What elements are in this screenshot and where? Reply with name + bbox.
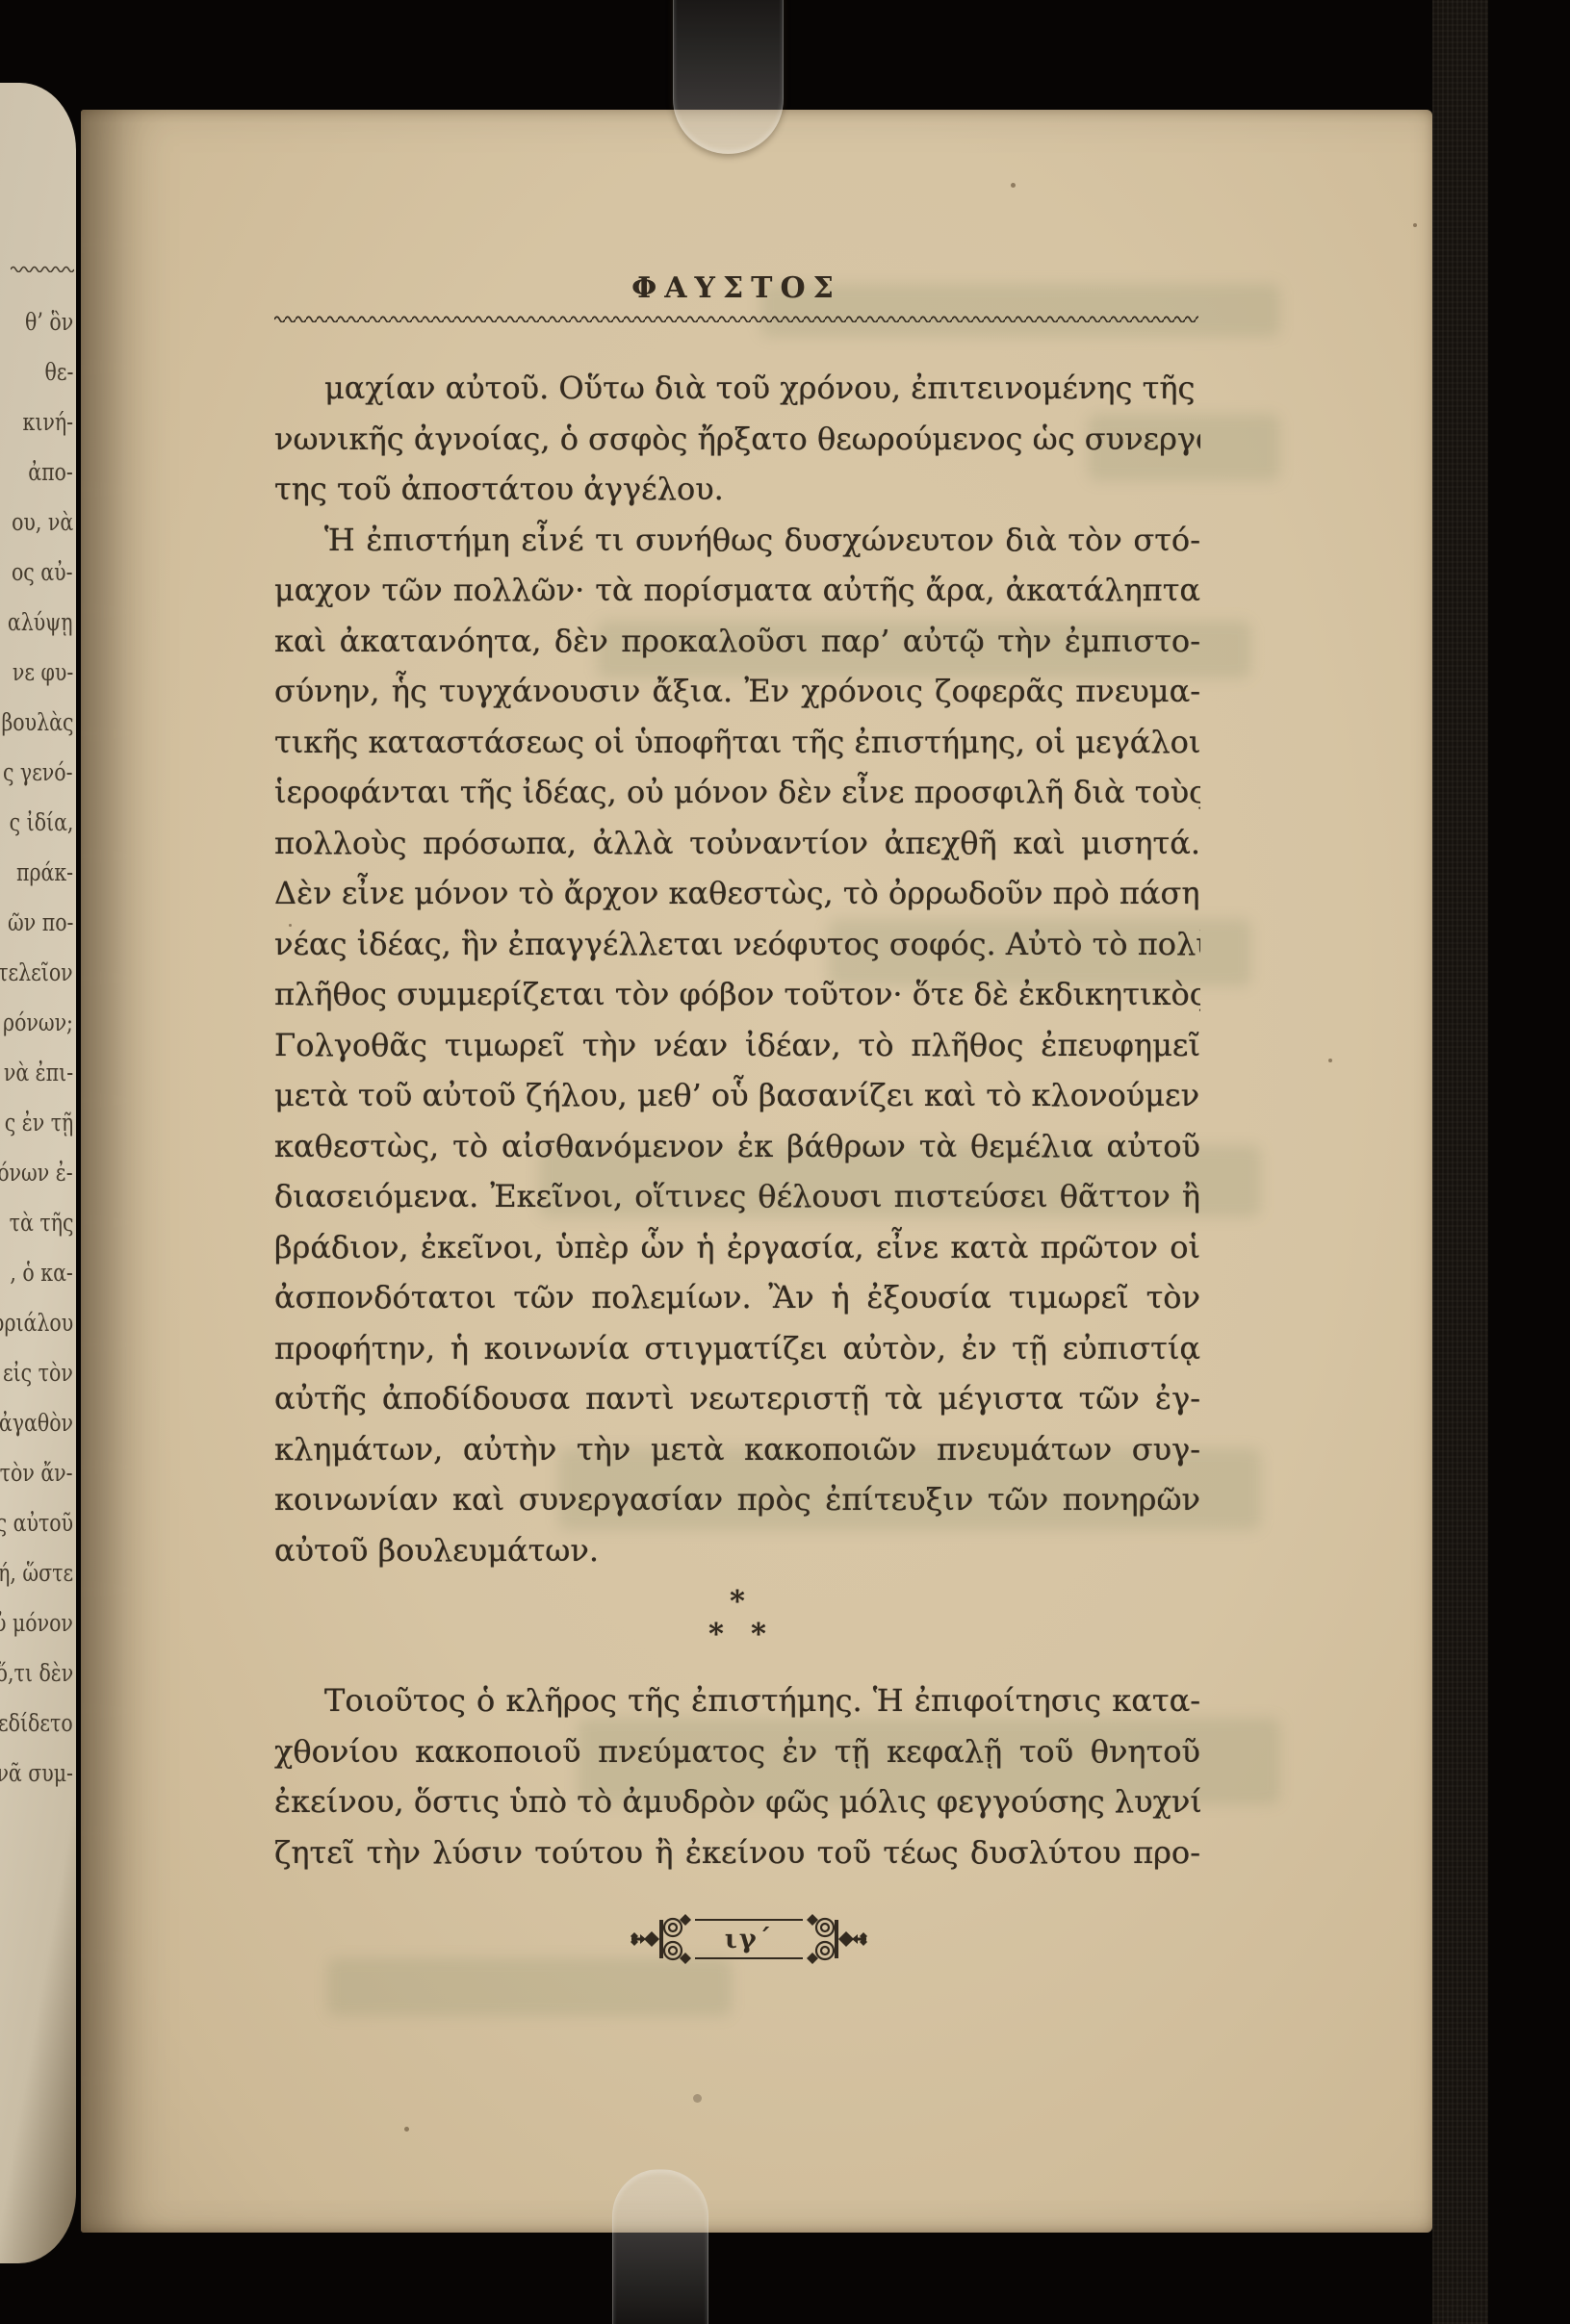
tailpiece-ornament: ιγ´: [631, 1911, 867, 1967]
facing-page-line-fragment: τὰ τῆς: [9, 1209, 73, 1247]
text-line: αὐτοῦ βουλευμάτων.: [274, 1525, 1200, 1576]
text-line: πλῆθος συμμερίζεται τὸν φόβον τοῦτον· ὅτ…: [274, 969, 1200, 1020]
facing-page-line-fragment: ς ἐν τῇ: [4, 1109, 73, 1147]
text-line: τικῆς καταστάσεως οἱ ὑποφῆται τῆς ἐπιστή…: [274, 717, 1200, 768]
facing-page-line-fragment: ῶν πο-: [8, 908, 73, 947]
facing-head-rule-fragment: [11, 264, 74, 272]
facing-page-line-fragment: νε φυ-: [13, 658, 73, 697]
text-line: προφήτην, ἡ κοινωνία στιγματίζει αὐτὸν, …: [274, 1323, 1200, 1374]
facing-page-line-fragment: ὐ μόνον: [0, 1609, 73, 1647]
text-line: βράδιον, ἐκεῖνοι, ὑπὲρ ὧν ἡ ἐργασία, εἶν…: [274, 1222, 1200, 1273]
paper-speck: [693, 2094, 702, 2103]
showthrough-smudge: [327, 1958, 732, 2016]
facing-page-line-fragment: τὸν ἄν-: [0, 1459, 73, 1497]
paper-speck: [1413, 223, 1417, 227]
text-line: διασειόμενα. Ἐκεῖνοι, οἵτινες θέλουσι πι…: [274, 1171, 1200, 1222]
running-head: ΦΑΥΣΤΟΣ: [274, 271, 1198, 305]
facing-page-line-fragment: ρριάλου: [0, 1309, 73, 1347]
facing-page-sliver: θ’ ὃνθε-κινή-ἀπο-ου, νὰος αὐ-αλύψῃνε φυ-…: [0, 83, 76, 2263]
text-line: της τοῦ ἀποστάτου ἀγγέλου.: [274, 464, 1200, 515]
text-line: μαχον τῶν πολλῶν· τὰ πορίσματα αὐτῆς ἄρα…: [274, 565, 1200, 616]
text-line: αὐτῆς ἀποδίδουσα παντὶ νεωτεριστῇ τὰ μέγ…: [274, 1373, 1200, 1424]
facing-page-line-fragment: ἀπο-: [28, 458, 73, 497]
text-line: πολλοὺς πρόσωπα, ἀλλὰ τοὐναντίον ἀπεχθῆ …: [274, 818, 1200, 869]
facing-page-line-fragment: πράκ-: [16, 858, 73, 897]
paragraph: μαχίαν αὐτοῦ. Οὕτω διὰ τοῦ χρόνου, ἐπιτε…: [274, 363, 1200, 515]
text-line: νέας ἰδέας, ἣν ἐπαγγέλλεται νεόφυτος σοφ…: [274, 919, 1200, 970]
text-line: μετὰ τοῦ αὐτοῦ ζήλου, μεθ’ οὗ βασανίζει …: [274, 1070, 1200, 1121]
paragraph: Ἡ ἐπιστήμη εἶνέ τι συνήθως δυσχώνευτον δ…: [274, 515, 1200, 1576]
facing-page-line-fragment: όνων ἐ-: [0, 1159, 73, 1197]
facing-page-line-fragment: , ὁ κα-: [11, 1259, 73, 1297]
text-line: Γολγοθᾶς τιμωρεῖ τὴν νέαν ἰδέαν, τὸ πλῆθ…: [274, 1020, 1200, 1071]
folio-cartouche: ιγ´: [695, 1917, 803, 1961]
holding-strap-bottom: [612, 2169, 708, 2324]
text-line: ἀσπονδότατοι τῶν πολεμίων. Ἂν ἡ ἐξουσία …: [274, 1272, 1200, 1323]
book-cover-edge: [1432, 0, 1488, 2324]
facing-page-line-fragment: νὰ ἐπι-: [4, 1059, 73, 1097]
facing-page-line-fragment: ς ἰδία,: [9, 808, 73, 847]
facing-page-line-fragment: ος αὐ-: [12, 558, 73, 597]
tailpiece-scroll-right-icon: [804, 1912, 867, 1966]
facing-page-line-fragment: νᾶ συμ-: [0, 1759, 73, 1798]
facing-page-line-fragment: ς αὐτοῦ: [0, 1509, 73, 1547]
wavy-head-rule: [274, 313, 1198, 322]
paragraph: Τοιοῦτος ὁ κλῆρος τῆς ἐπιστήμης. Ἡ ἐπιφο…: [274, 1675, 1200, 1877]
text-line: ζητεῖ τὴν λύσιν τούτου ἢ ἐκείνου τοῦ τέω…: [274, 1827, 1200, 1878]
facing-page-line-fragment: ρόνων;: [3, 1009, 73, 1047]
text-line: καθεστὼς, τὸ αἰσθανόμενον ἐκ βάθρων τὰ θ…: [274, 1121, 1200, 1172]
text-line: καὶ ἀκατανόητα, δὲν προκαλοῦσι παρ’ αὐτῷ…: [274, 616, 1200, 667]
tailpiece-scroll-left-icon: [631, 1912, 694, 1966]
text-line: ἐκείνου, ὅστις ὑπὸ τὸ ἀμυδρὸν φῶς μόλις …: [274, 1776, 1200, 1827]
text-line: κλημάτων, αὐτὴν τὴν μετὰ κακοποιῶν πνευμ…: [274, 1424, 1200, 1475]
book-scan: θ’ ὃνθε-κινή-ἀπο-ου, νὰος αὐ-αλύψῃνε φυ-…: [0, 0, 1570, 2324]
text-line: ἱεροφάνται τῆς ἰδέας, οὐ μόνον δὲν εἶνε …: [274, 767, 1200, 818]
book-page: ΦΑΥΣΤΟΣ μαχίαν αὐτοῦ. Οὕτω διὰ τοῦ χρόνο…: [81, 110, 1432, 2233]
paper-speck: [1011, 183, 1016, 188]
holding-strap-top: [673, 0, 784, 154]
text-line: νωνικῆς ἀγνοίας, ὁ σσφὸς ἤρξατο θεωρούμε…: [274, 414, 1200, 465]
asterism-star-icon: *: [751, 1610, 766, 1661]
facing-page-line-fragment: εἰς τὸν: [3, 1359, 73, 1397]
text-line: κοινωνίαν καὶ συνεργασίαν πρὸς ἐπίτευξιν…: [274, 1474, 1200, 1525]
facing-page-line-fragment: ὅ,τι δὲν: [0, 1659, 73, 1698]
facing-page-line-fragment: ή, ὥστε: [0, 1559, 73, 1597]
text-line: σύνην, ἧς τυγχάνουσιν ἄξια. Ἐν χρόνοις ζ…: [274, 666, 1200, 717]
paper-speck: [404, 2127, 409, 2132]
text-line: Τοιοῦτος ὁ κλῆρος τῆς ἐπιστήμης. Ἡ ἐπιφο…: [274, 1675, 1200, 1726]
asterism: ***: [274, 1575, 1200, 1675]
facing-page-line-fragment: ἀγαθὸν: [0, 1409, 73, 1447]
facing-page-line-fragment: θ’ ὃν: [25, 308, 73, 346]
asterism-star-icon: *: [730, 1577, 745, 1628]
facing-page-line-fragment: εδίδετο: [0, 1709, 73, 1748]
facing-page-line-fragment: ς γενό-: [3, 758, 73, 797]
text-line: Ἡ ἐπιστήμη εἶνέ τι συνήθως δυσχώνευτον δ…: [274, 515, 1200, 566]
folio-number: ιγ´: [725, 1925, 773, 1954]
paper-speck: [1328, 1059, 1332, 1062]
text-line: χθονίου κακοποιοῦ πνεύματος ἐν τῇ κεφαλῇ…: [274, 1726, 1200, 1777]
facing-page-line-fragment: βουλὰς: [1, 708, 73, 747]
facing-page-line-fragment: τελεῖον: [0, 958, 73, 997]
facing-page-line-fragment: θε-: [44, 358, 73, 396]
text-block: μαχίαν αὐτοῦ. Οὕτω διὰ τοῦ χρόνου, ἐπιτε…: [274, 363, 1200, 1877]
facing-page-line-fragment: ου, νὰ: [12, 508, 73, 547]
facing-page-line-fragment: κινή-: [22, 408, 73, 447]
facing-page-line-fragment: αλύψῃ: [8, 608, 73, 647]
text-line: μαχίαν αὐτοῦ. Οὕτω διὰ τοῦ χρόνου, ἐπιτε…: [274, 363, 1200, 414]
asterism-star-icon: *: [708, 1610, 724, 1661]
text-line: Δὲν εἶνε μόνον τὸ ἄρχον καθεστὼς, τὸ ὀρρ…: [274, 868, 1200, 919]
